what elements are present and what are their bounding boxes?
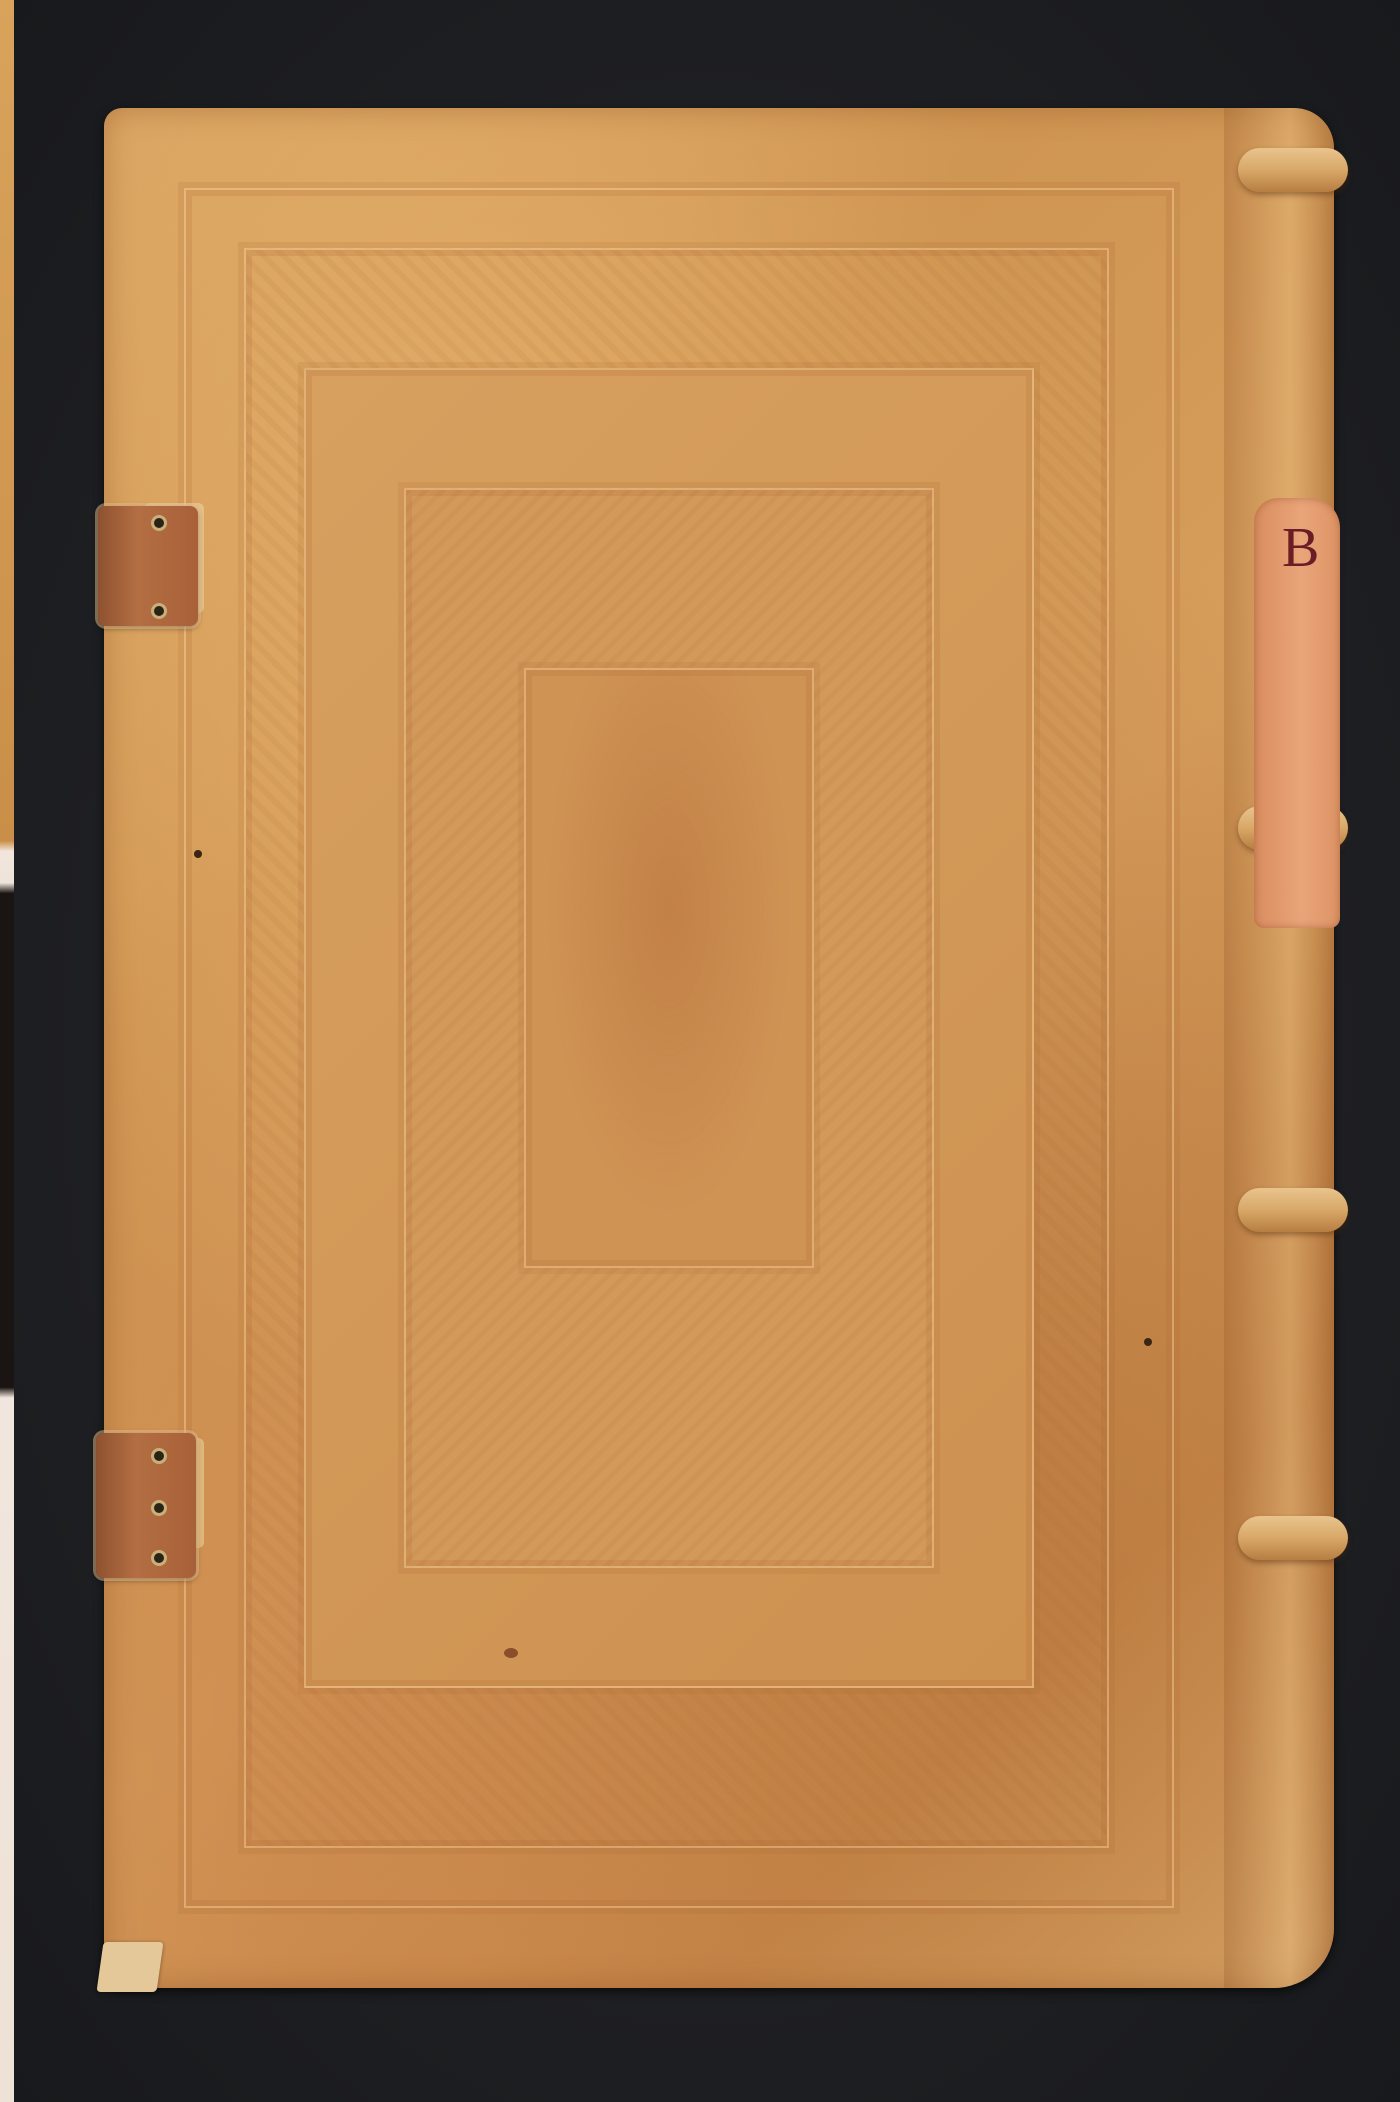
wormhole [1144,1338,1152,1346]
rivet-icon [154,606,164,616]
book-cover: B [104,108,1334,1988]
wormhole [194,850,202,858]
upper-clasp [98,506,198,626]
left-edge-strip [0,0,14,2102]
stain [504,1648,518,1658]
rivet-icon [154,1553,164,1563]
spine-label: B [1254,498,1340,928]
central-figure-panel [524,668,814,1268]
lower-clasp [96,1433,196,1578]
spine-label-letter: B [1282,516,1319,580]
raised-band [1238,1516,1348,1560]
rivet-icon [154,518,164,528]
corner-fitting [96,1942,163,1992]
rivet-icon [154,1451,164,1461]
raised-band [1238,1188,1348,1232]
raised-band [1238,148,1348,192]
rivet-icon [154,1503,164,1513]
spine [1224,108,1334,1988]
